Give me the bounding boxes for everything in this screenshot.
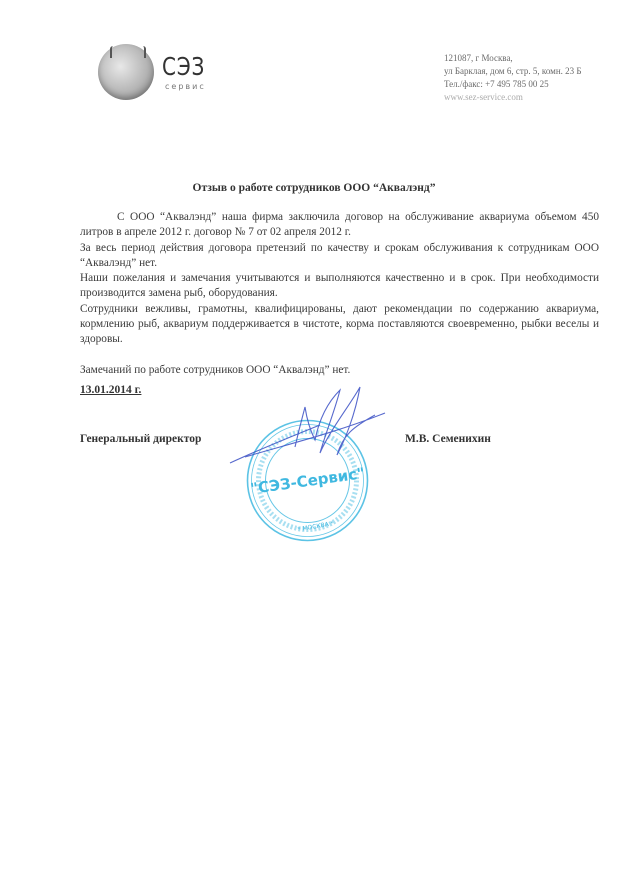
paragraph-no-claims: За весь период действия договора претенз… bbox=[80, 241, 599, 272]
phone-fax: Тел./факс: +7 495 785 00 25 bbox=[444, 78, 582, 91]
paragraph-conclusion: Замечаний по работе сотрудников ООО “Акв… bbox=[80, 363, 599, 378]
company-contacts: 121087, г Москва, ул Барклая, дом 6, стр… bbox=[444, 52, 582, 104]
document-title: Отзыв о работе сотрудников ООО “Аквалэнд… bbox=[0, 182, 628, 194]
website: www.sez-service.com bbox=[444, 91, 582, 104]
company-logo: СЭЗ сервис bbox=[98, 44, 218, 104]
address-line-2: ул Барклая, дом 6, стр. 5, комн. 23 Б bbox=[444, 65, 582, 78]
logo-name: СЭЗ bbox=[162, 52, 205, 81]
logo-sphere-icon bbox=[98, 44, 154, 100]
document-date: 13.01.2014 г. bbox=[80, 384, 141, 396]
paragraph-contract: С ООО “Аквалэнд” наша фирма заключила до… bbox=[80, 210, 599, 241]
handwritten-signature-icon bbox=[225, 385, 405, 495]
signatory-title: Генеральный директор bbox=[80, 433, 201, 445]
paragraph-requests: Наши пожелания и замечания учитываются и… bbox=[80, 271, 599, 302]
logo-subtitle: сервис bbox=[165, 82, 206, 91]
address-line-1: 121087, г Москва, bbox=[444, 52, 582, 65]
signatory-name: М.В. Семенихин bbox=[405, 433, 491, 445]
paragraph-staff: Сотрудники вежливы, грамотны, квалифицир… bbox=[80, 302, 599, 348]
document-body: С ООО “Аквалэнд” наша фирма заключила до… bbox=[80, 210, 599, 378]
